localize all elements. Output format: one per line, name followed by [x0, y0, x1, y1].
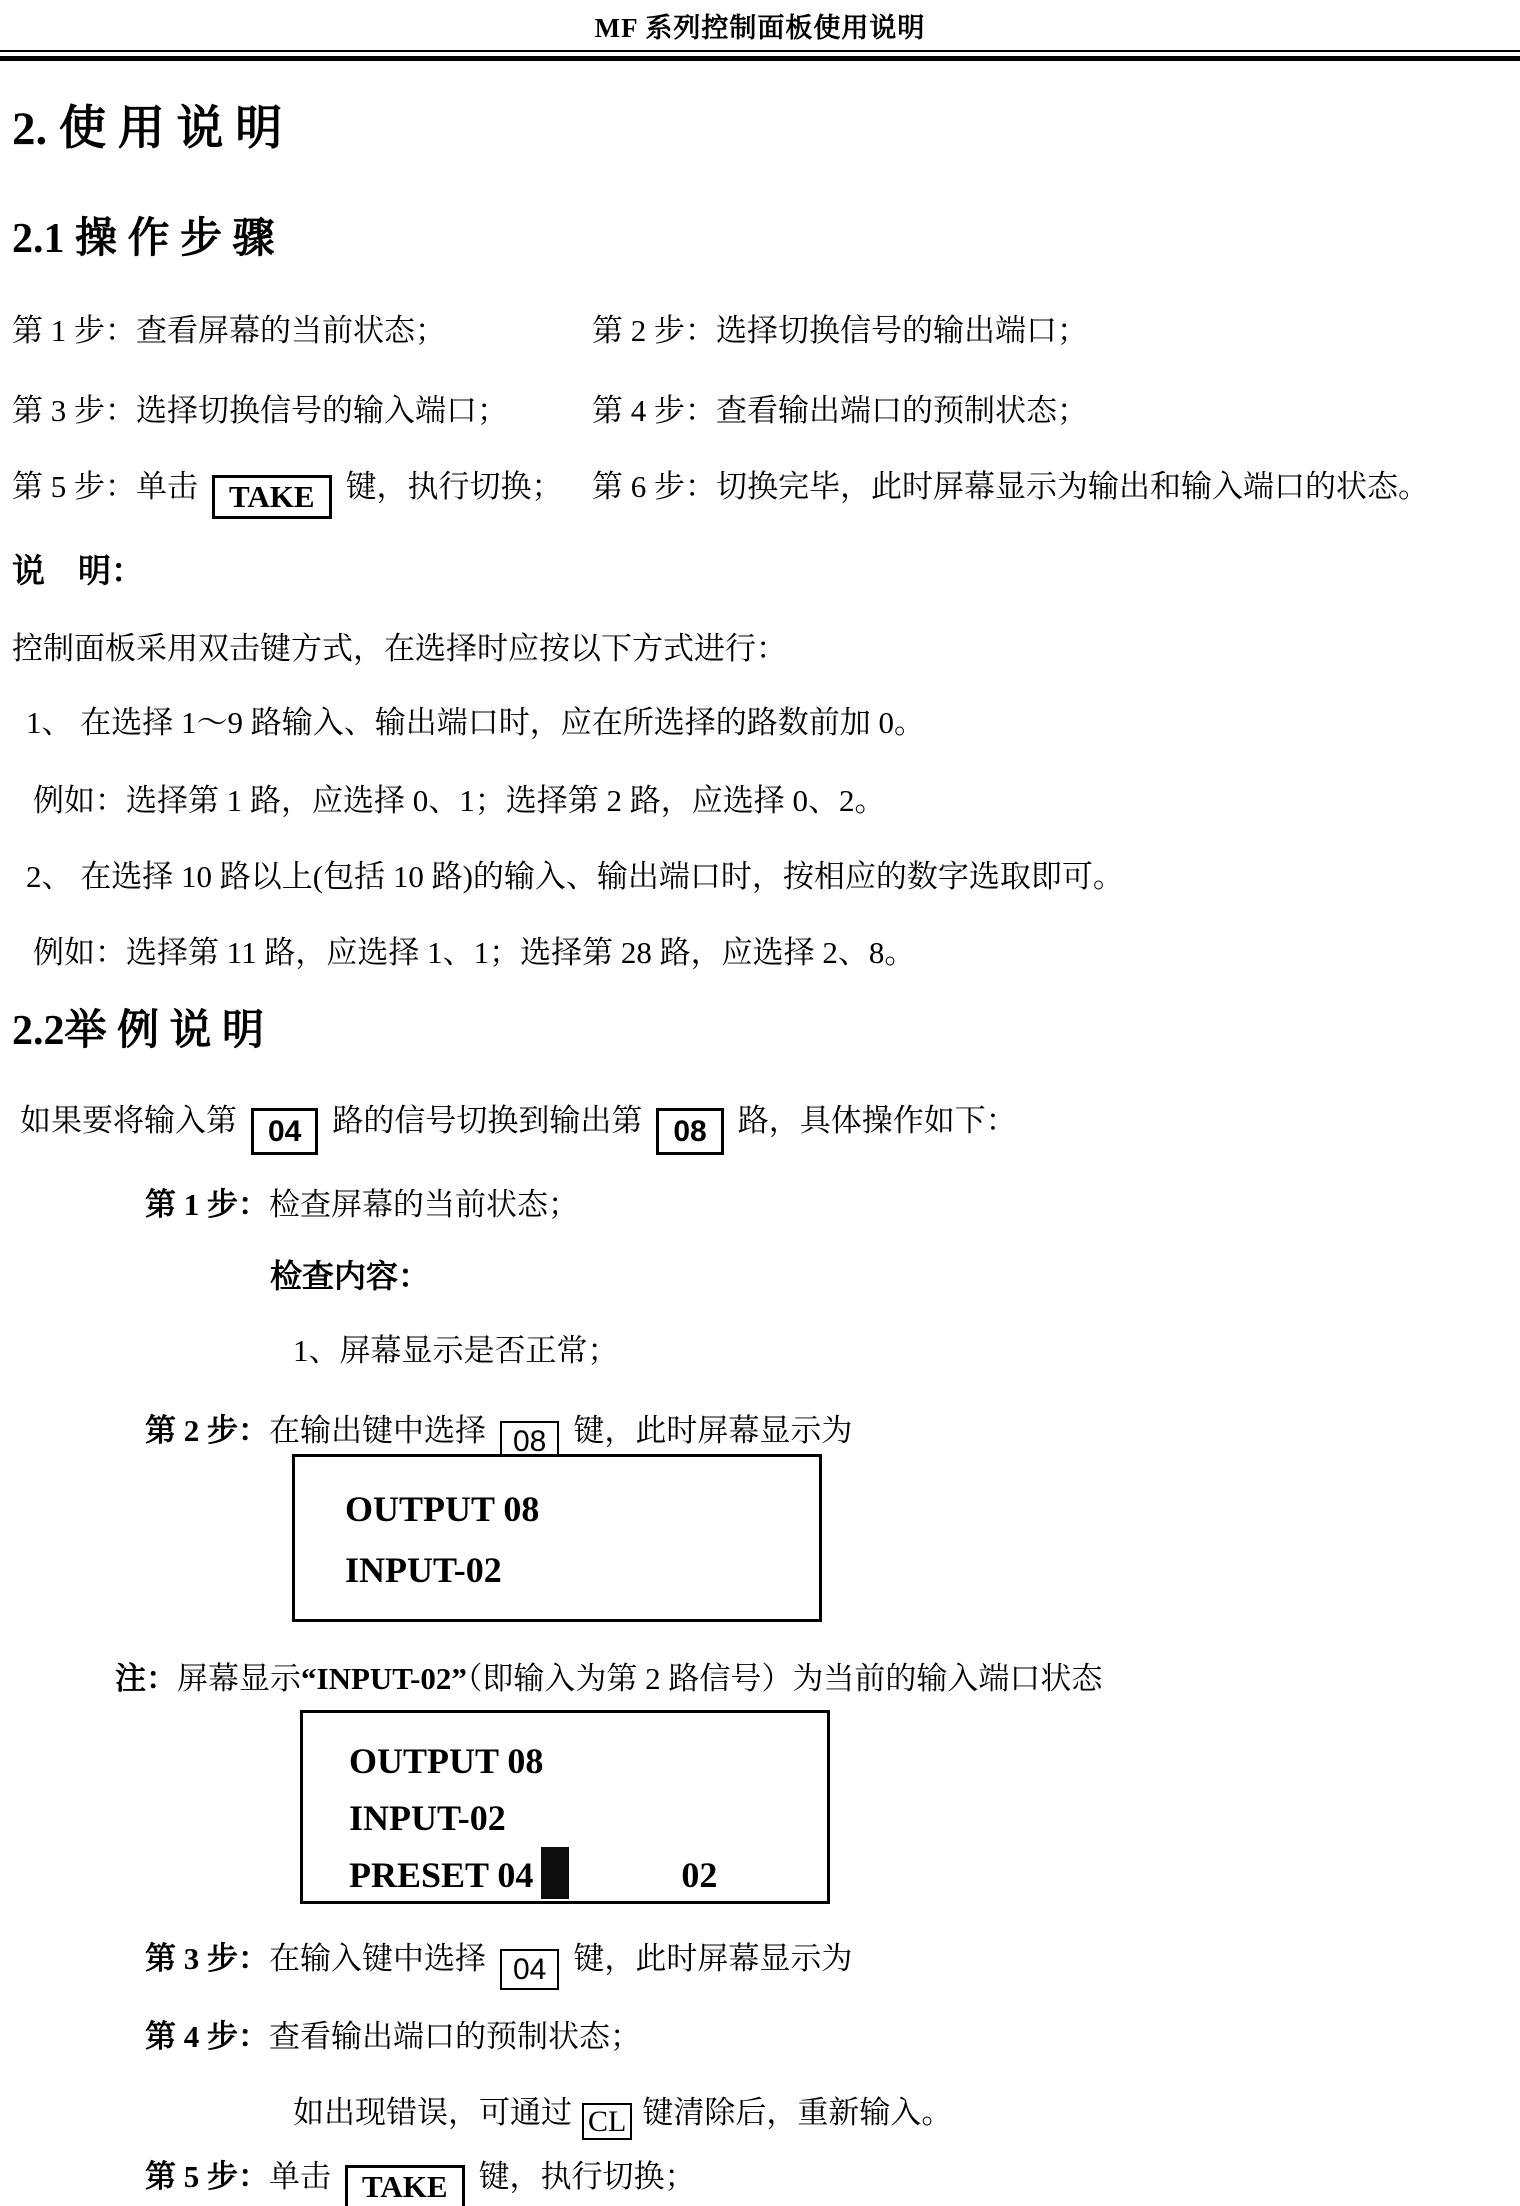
section-2-1-heading: 2.1 操 作 步 骤 [12, 216, 275, 262]
note-label: 注： [115, 1661, 177, 1696]
lcd-display-1: OUTPUT 08 INPUT-02 [292, 1454, 822, 1622]
rule-2-example: 例如：选择第 11 路，应选择 1、1；选择第 28 路，应选择 2、8。 [33, 934, 915, 973]
error-note-post: 键清除后，重新输入。 [642, 2095, 952, 2130]
lcd2-preset-line: PRESET 0402 [349, 1847, 827, 1904]
lcd2-preset-text: PRESET 04 [349, 1855, 533, 1895]
section-2-2-heading: 2.2举 例 说 明 [12, 1008, 264, 1054]
example-step-4-label: 第 4 步： [145, 2019, 269, 2054]
steps-row-2: 第 3 步：选择切换信号的输入端口； 第 4 步：查看输出端口的预制状态； [12, 392, 1520, 431]
step-5-pre: 第 5 步：单击 [12, 469, 198, 504]
section-2-heading: 2. 使 用 说 明 [12, 104, 282, 156]
output-08-key-box: 08 [656, 1108, 723, 1155]
example-step-2-post: 键，此时屏幕显示为 [573, 1413, 852, 1448]
explanation-intro: 控制面板采用双击键方式，在选择时应按以下方式进行： [12, 630, 787, 669]
check-content-heading: 检查内容： [270, 1256, 430, 1296]
lcd-display-2: OUTPUT 08 INPUT-02 PRESET 0402 [300, 1710, 830, 1904]
example-intro-mid: 路的信号切换到输出第 [332, 1103, 642, 1138]
lcd1-output-line: OUTPUT 08 [345, 1479, 819, 1540]
header-divider-rule [0, 50, 1520, 61]
error-note-pre: 如出现错误，可通过 [293, 2095, 572, 2130]
rule-2-text: 2、 在选择 10 路以上(包括 10 路)的输入、输出端口时，按相应的数字选取… [26, 858, 1124, 897]
example-intro-line: 如果要将输入第04路的信号切换到输出第08路，具体操作如下： [20, 1102, 1017, 1155]
example-step-2-label: 第 2 步： [145, 1413, 269, 1448]
example-step-5-post: 键，执行切换； [479, 2159, 696, 2194]
step-6-text: 第 6 步：切换完毕，此时屏幕显示为输出和输入端口的状态。 [592, 468, 1429, 519]
example-step-3-post: 键，此时屏幕显示为 [573, 1941, 852, 1976]
lcd2-preset-value: 02 [681, 1855, 717, 1895]
example-step-5-label: 第 5 步： [145, 2159, 269, 2194]
input-04-key-box: 04 [251, 1108, 318, 1155]
manual-page: MF 系列控制面板使用说明 2. 使 用 说 明 2.1 操 作 步 骤 第 1… [0, 0, 1520, 2206]
example-step-3: 第 3 步：在输入键中选择04键，此时屏幕显示为 [145, 1940, 852, 1990]
example-step-3-pre: 在输入键中选择 [269, 1941, 486, 1976]
lcd2-output-line: OUTPUT 08 [349, 1733, 827, 1790]
step-5-take-key-box: TAKE [345, 2165, 465, 2206]
example-step-4-text: 查看输出端口的预制状态； [269, 2019, 641, 2054]
rule-1-example: 例如：选择第 1 路，应选择 0、1；选择第 2 路，应选择 0、2。 [33, 782, 886, 821]
error-clear-note: 如出现错误，可通过CL键清除后，重新输入。 [293, 2094, 952, 2140]
example-step-5: 第 5 步：单击TAKE键，执行切换； [145, 2158, 696, 2206]
step-3-text: 第 3 步：选择切换信号的输入端口； [12, 392, 592, 431]
rule-1-text: 1、 在选择 1～9 路输入、输出端口时，应在所选择的路数前加 0。 [26, 704, 925, 743]
note-quoted-value: “INPUT-02” [301, 1661, 467, 1696]
example-step-4: 第 4 步：查看输出端口的预制状态； [145, 2018, 641, 2057]
lcd-cursor-block [541, 1847, 569, 1899]
example-step-5-pre: 单击 [269, 2159, 331, 2194]
step-5-post: 键，执行切换； [346, 469, 563, 504]
example-intro-pre: 如果要将输入第 [20, 1103, 237, 1138]
note-line: 注：屏幕显示“INPUT-02”（即输入为第 2 路信号）为当前的输入端口状态 [115, 1660, 1102, 1699]
step-4-text: 第 4 步：查看输出端口的预制状态； [592, 392, 1088, 431]
steps-row-1: 第 1 步：查看屏幕的当前状态； 第 2 步：选择切换信号的输出端口； [12, 312, 1520, 351]
steps-row-3: 第 5 步：单击TAKE键，执行切换； 第 6 步：切换完毕，此时屏幕显示为输出… [12, 468, 1520, 519]
step-2-text: 第 2 步：选择切换信号的输出端口； [592, 312, 1088, 351]
check-item-1: 1、屏幕显示是否正常； [293, 1332, 619, 1371]
page-header-title: MF 系列控制面板使用说明 [0, 6, 1520, 45]
example-step-1-label: 第 1 步： [145, 1187, 269, 1222]
example-step-1-text: 检查屏幕的当前状态； [269, 1187, 579, 1222]
example-step-2-pre: 在输出键中选择 [269, 1413, 486, 1448]
note-pre: 屏幕显示 [177, 1661, 301, 1696]
step-3-04-key-box: 04 [500, 1949, 559, 1990]
explanation-label: 说 明： [12, 552, 144, 593]
example-step-1: 第 1 步：检查屏幕的当前状态； [145, 1186, 579, 1225]
cl-key-box: CL [582, 2103, 632, 2140]
note-post: （即输入为第 2 路信号）为当前的输入端口状态 [467, 1661, 1103, 1696]
lcd2-input-line: INPUT-02 [349, 1790, 827, 1847]
take-key-box: TAKE [212, 475, 332, 519]
example-intro-post: 路，具体操作如下： [738, 1103, 1017, 1138]
example-step-3-label: 第 3 步： [145, 1941, 269, 1976]
step-1-text: 第 1 步：查看屏幕的当前状态； [12, 312, 592, 351]
step-5-text: 第 5 步：单击TAKE键，执行切换； [12, 468, 592, 519]
lcd1-input-line: INPUT-02 [345, 1540, 819, 1601]
